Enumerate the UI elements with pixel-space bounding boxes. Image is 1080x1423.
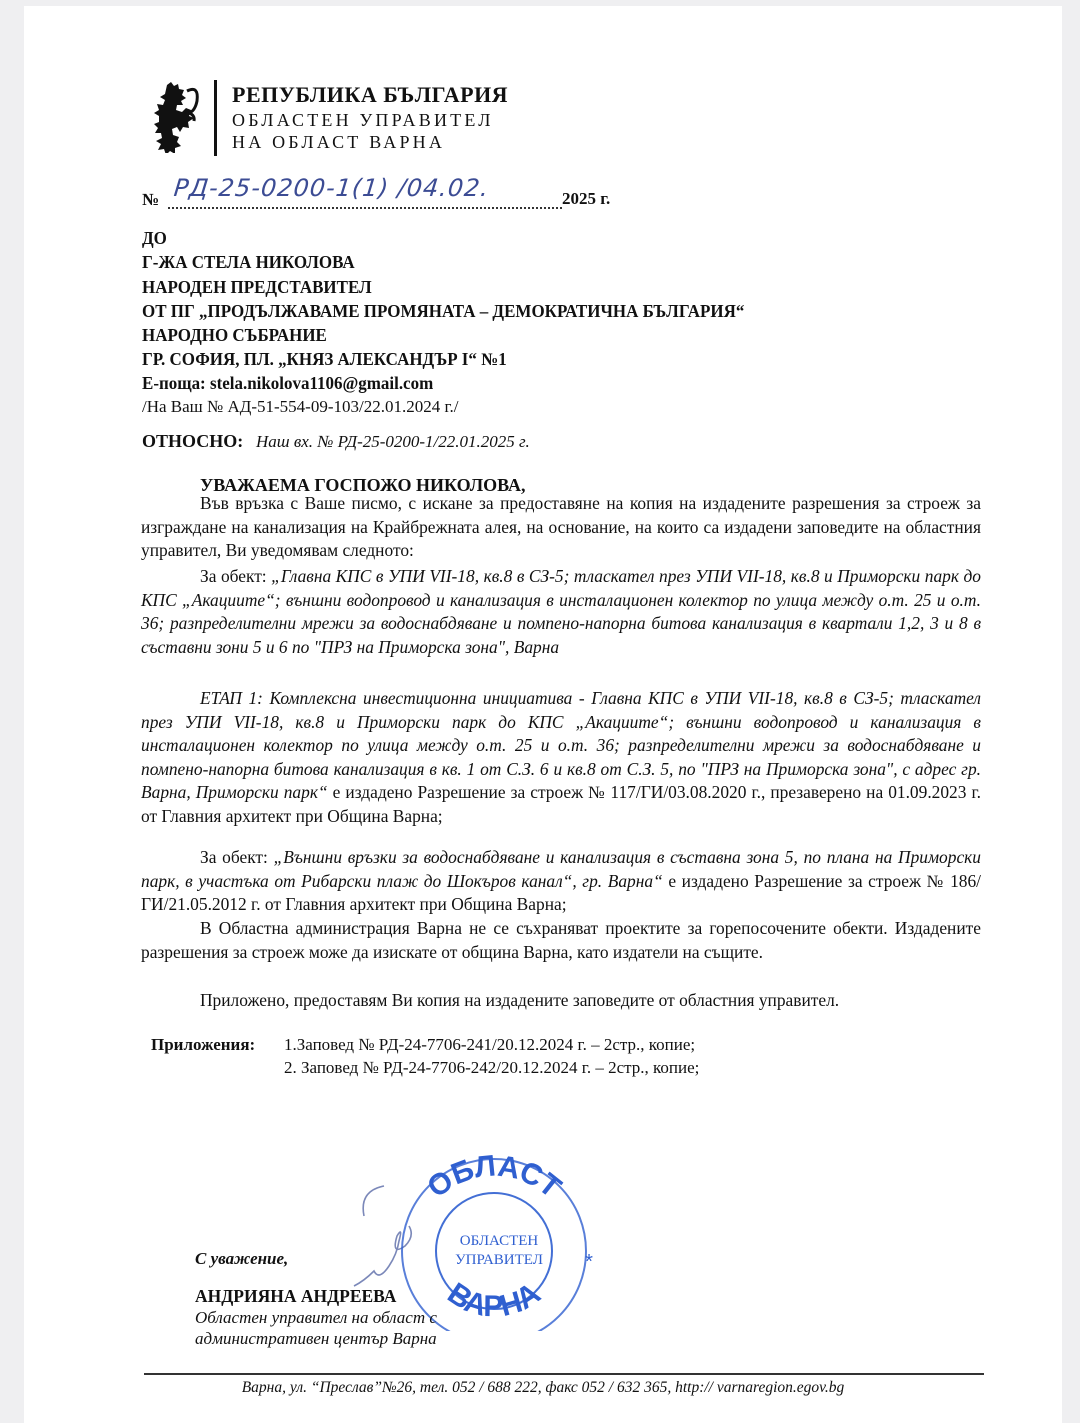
official-stamp: ОБЛАСТ ВАРНА ОБЛАСТЕН УПРАВИТЕЛ *	[384, 1146, 594, 1331]
registration-year: 2025 г.	[562, 189, 610, 209]
body-paragraph-1: Във връзка с Ваше писмо, с искане за пре…	[141, 492, 981, 563]
registration-dotted-line	[168, 207, 562, 209]
recipient-position: НАРОДЕН ПРЕДСТАВИТЕЛ	[142, 277, 372, 298]
svg-text:УПРАВИТЕЛ: УПРАВИТЕЛ	[455, 1252, 543, 1268]
attachment-item: 2. Заповед № РД-24-7706-242/20.12.2024 г…	[284, 1058, 699, 1078]
letterhead-office: ОБЛАСТЕН УПРАВИТЕЛ	[232, 110, 494, 131]
email-label: Е-поща:	[142, 373, 206, 393]
registration-number-label: №	[142, 190, 159, 210]
recipient-to: ДО	[142, 228, 167, 249]
recipient-address: ГР. СОФИЯ, ПЛ. „КНЯЗ АЛЕКСАНДЪР I“ №1	[142, 349, 507, 370]
document-page: РЕПУБЛИКА БЪЛГАРИЯ ОБЛАСТЕН УПРАВИТЕЛ НА…	[24, 6, 1062, 1423]
object-label: За обект:	[200, 566, 271, 586]
attachment-item: 1.Заповед № РД-24-7706-241/20.12.2024 г.…	[284, 1035, 695, 1055]
subject-label: ОТНОСНО:	[142, 431, 243, 452]
your-reference: /На Ваш № АД-51-554-09-103/22.01.2024 г.…	[142, 397, 459, 417]
footer-contact: Варна, ул. “Преслав”№26, тел. 052 / 688 …	[24, 1379, 1062, 1397]
email-value[interactable]: stela.nikolova1106@gmail.com	[210, 373, 433, 393]
signer-title: Областен управител на област с	[195, 1308, 437, 1328]
body-paragraph-6: Приложено, предоставям Ви копия на издад…	[141, 989, 981, 1013]
svg-text:ОБЛАСТ: ОБЛАСТ	[421, 1149, 567, 1204]
recipient-group: ОТ ПГ „ПРОДЪЛЖАВАМЕ ПРОМЯНАТА – ДЕМОКРАТ…	[142, 301, 744, 322]
svg-text:ОБЛАСТЕН: ОБЛАСТЕН	[460, 1233, 539, 1249]
body-paragraph-5: В Областна администрация Варна не се съх…	[141, 917, 981, 964]
letterhead-country: РЕПУБЛИКА БЪЛГАРИЯ	[232, 82, 508, 108]
attachments-label: Приложения:	[151, 1035, 255, 1055]
object-label: За обект:	[200, 847, 274, 867]
signer-name: АНДРИЯНА АНДРЕЕВА	[195, 1286, 396, 1307]
letterhead-divider	[214, 80, 217, 156]
body-paragraph-2: За обект: „Главна КПС в УПИ VII-18, кв.8…	[141, 565, 981, 659]
letterhead-region: НА ОБЛАСТ ВАРНА	[232, 132, 445, 153]
recipient-name: Г-ЖА СТЕЛА НИКОЛОВА	[142, 252, 355, 273]
closing-regards: С уважение,	[195, 1249, 288, 1269]
recipient-institution: НАРОДНО СЪБРАНИЕ	[142, 325, 327, 346]
registration-number-handwritten: РД-25-0200-1(1) /04.02.	[173, 174, 491, 202]
coat-of-arms-lion-icon	[147, 81, 202, 153]
subject-value: Наш вх. № РД-25-0200-1/22.01.2025 г.	[256, 432, 530, 452]
body-paragraph-4: За обект: „Външни връзки за водоснабдява…	[141, 846, 981, 917]
svg-text:*: *	[585, 1251, 593, 1273]
svg-text:ВАРНА: ВАРНА	[442, 1277, 547, 1324]
signer-title: административен център Варна	[195, 1329, 437, 1349]
footer-divider	[144, 1373, 984, 1375]
recipient-email-row: Е-поща: stela.nikolova1106@gmail.com	[142, 373, 433, 394]
body-paragraph-3: ЕТАП 1: Комплексна инвестиционна инициат…	[141, 687, 981, 829]
